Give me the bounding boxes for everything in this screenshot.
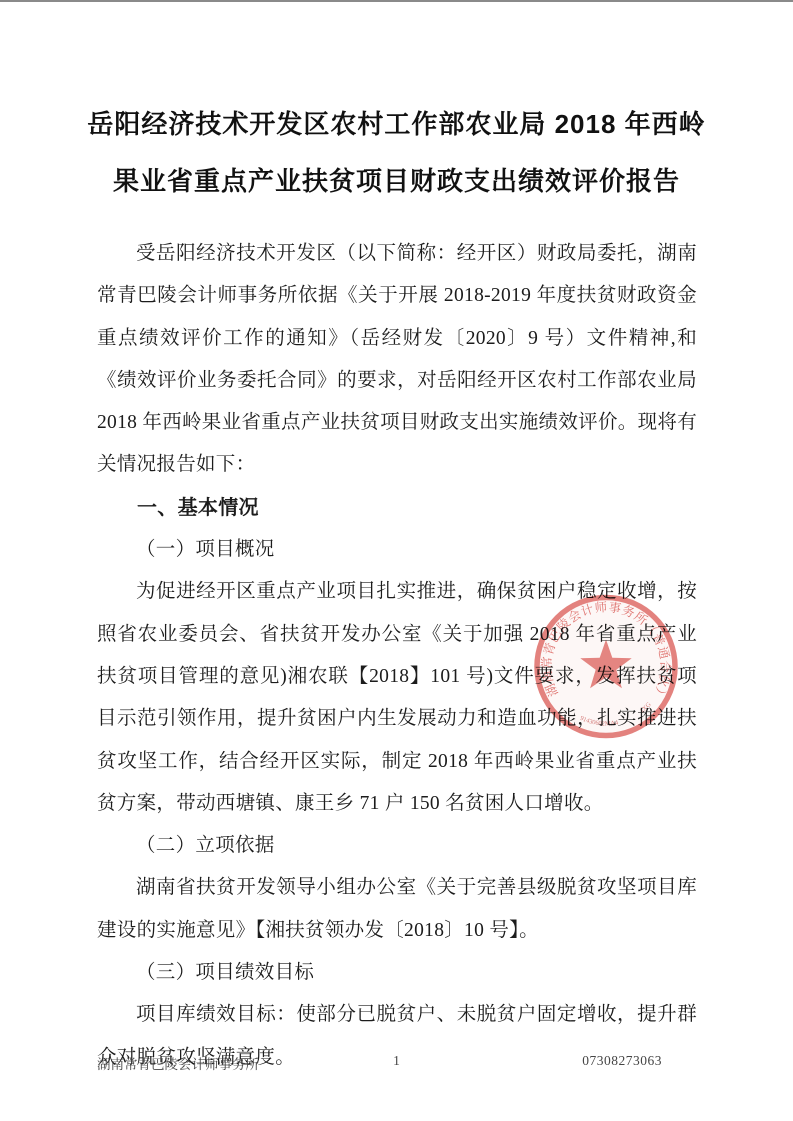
document-title-line2: 果业省重点产业扶贫项目财政支出绩效评价报告 [70, 153, 723, 210]
page-footer: 湖南常青巴陵会计师事务所 1 07308273063 [0, 1053, 793, 1075]
document-title-line1: 岳阳经济技术开发区农村工作部农业局 2018 年西岭 [70, 96, 723, 153]
project-overview-paragraph: 为促进经开区重点产业项目扎实推进，确保贫困户稳定收增，按照省农业委员会、省扶贫开… [97, 571, 697, 825]
intro-paragraph: 受岳阳经济技术开发区（以下简称：经开区）财政局委托，湖南常青巴陵会计师事务所依据… [97, 233, 697, 487]
document-body: 受岳阳经济技术开发区（以下简称：经开区）财政局委托，湖南常青巴陵会计师事务所依据… [97, 233, 697, 1079]
footer-contact-number: 07308273063 [582, 1053, 662, 1069]
scan-edge-line [0, 0, 793, 2]
footer-organization: 湖南常青巴陵会计师事务所 [97, 1053, 259, 1073]
project-basis-paragraph: 湖南省扶贫开发领导小组办公室《关于完善县级脱贫攻坚项目库建设的实施意见》【湘扶贫… [97, 867, 697, 952]
subheading-project-overview: （一）项目概况 [97, 529, 697, 571]
document-title: 岳阳经济技术开发区农村工作部农业局 2018 年西岭 果业省重点产业扶贫项目财政… [70, 96, 723, 210]
section-heading-basic-info: 一、基本情况 [97, 487, 697, 529]
subheading-project-basis: （二）立项依据 [97, 825, 697, 867]
footer-page-number: 1 [393, 1053, 400, 1069]
subheading-performance-goals: （三）项目绩效目标 [97, 952, 697, 994]
